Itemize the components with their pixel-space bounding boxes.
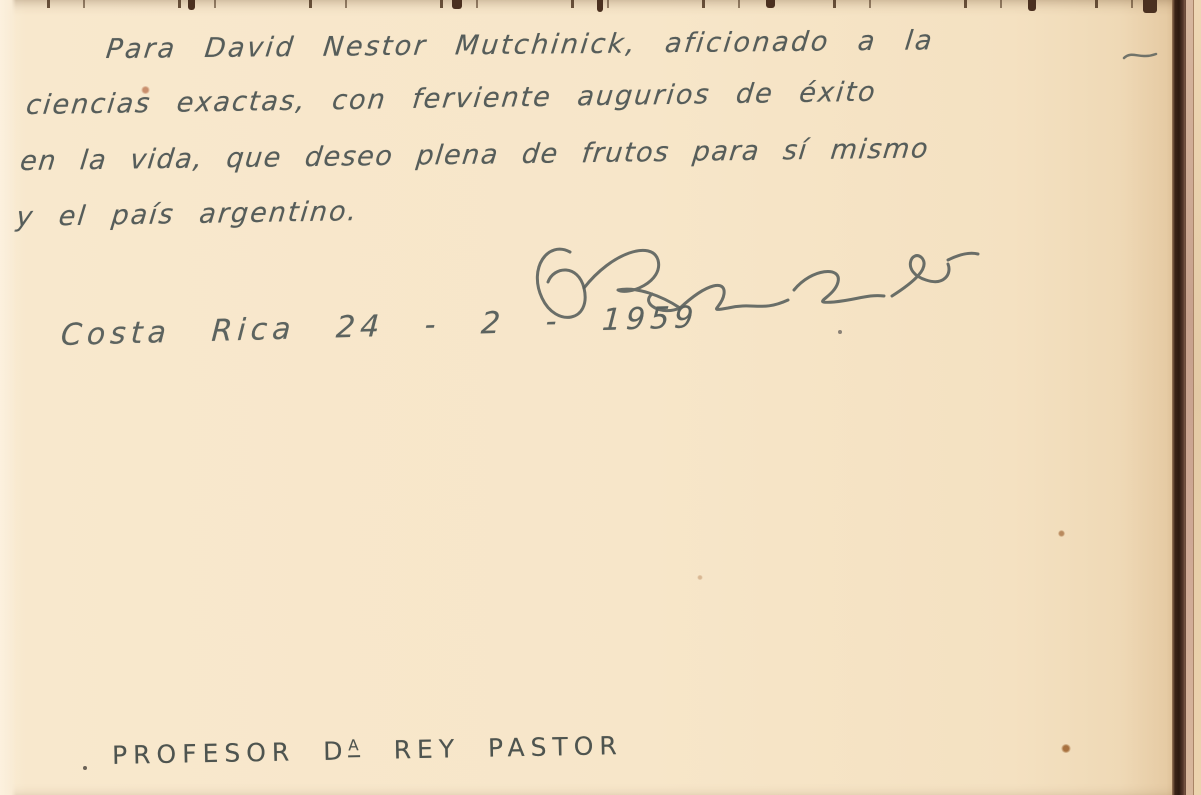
attribution-honorific: D	[323, 736, 349, 765]
dedication-line-2: ciencias exactas, con ferviente augurios…	[25, 77, 879, 121]
torn-edge-nick	[1028, 0, 1036, 11]
attribution-honorific-superscript: a	[348, 736, 360, 757]
page-left-edge-highlight	[0, 0, 16, 795]
dedication-line-1: Para David Nestor Mutchinick, aficionado…	[105, 25, 936, 65]
torn-edge-nick	[766, 0, 775, 8]
ink-dot	[83, 766, 87, 770]
foxing-spot	[1058, 530, 1065, 537]
stray-pencil-mark	[1120, 46, 1160, 66]
torn-edge-nick	[452, 0, 462, 9]
page-gutter-shadow	[1172, 0, 1185, 795]
torn-edge-nick	[1143, 0, 1157, 13]
torn-edge-nick	[597, 0, 603, 12]
scanned-album-page: Para David Nestor Mutchinick, aficionado…	[0, 0, 1201, 795]
attribution-prefix: Profesor	[112, 737, 296, 770]
foxing-spot	[141, 86, 150, 94]
attribution: Profesor Da Rey Pastor	[112, 731, 623, 770]
torn-edge-nick	[188, 0, 195, 10]
foxing-spot	[1061, 744, 1071, 753]
pencil-dot	[838, 330, 842, 334]
attribution-name: Rey Pastor	[393, 731, 623, 764]
torn-top-edge	[0, 0, 1178, 8]
album-page: Para David Nestor Mutchinick, aficionado…	[0, 0, 1178, 795]
dateline: Costa Rica 24 - 2 - 1959	[60, 300, 699, 353]
foxing-spot	[697, 575, 703, 580]
dedication-line-4: y el país argentino.	[15, 196, 360, 233]
underlying-page-edge	[1193, 0, 1201, 795]
dedication-line-3: en la vida, que deseo plena de frutos pa…	[19, 133, 931, 177]
